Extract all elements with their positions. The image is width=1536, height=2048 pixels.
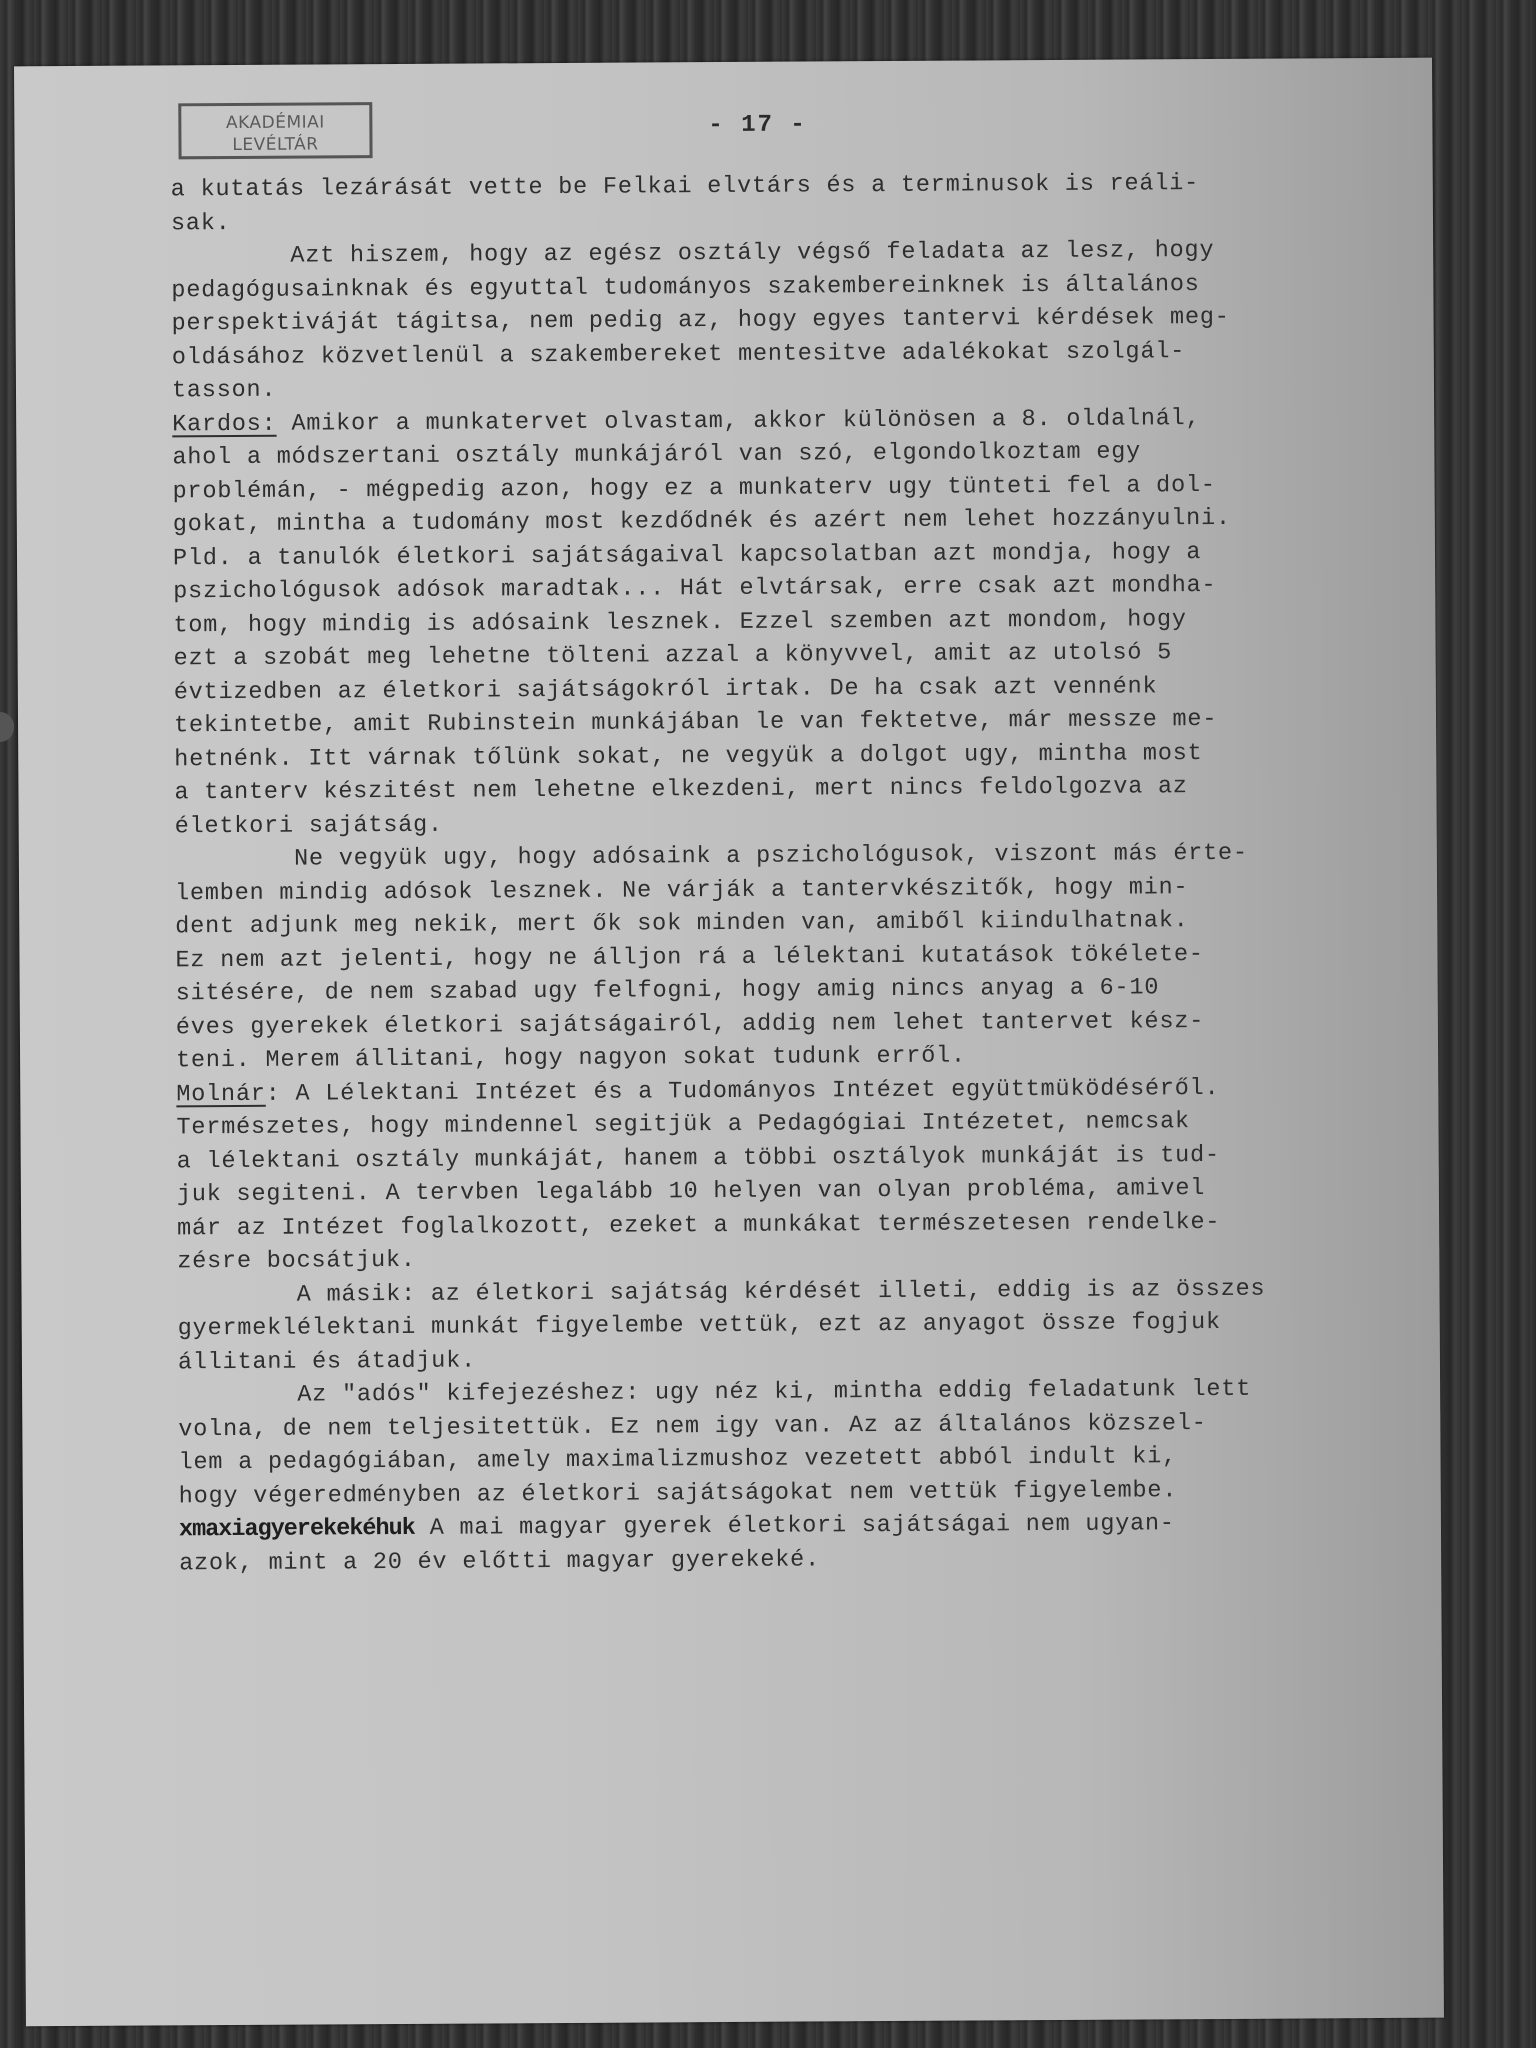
line-text: Azt hiszem, hogy az egész osztály végső … <box>171 237 1214 270</box>
line-text: éves gyerekek életkori sajátságairól, ad… <box>176 1008 1204 1041</box>
line-text: állitani és átadjuk. <box>178 1347 476 1376</box>
line-text: ahol a módszertani osztály munkájáról va… <box>172 438 1141 471</box>
line-text: a lélektani osztály munkáját, hanem a tö… <box>177 1141 1220 1174</box>
line-text: Ne vegyük ugy, hogy adósaink a pszicholó… <box>175 840 1248 874</box>
line-text: tasson. <box>172 377 276 405</box>
overtyped-text: xmaxiagyerekekéhuk <box>179 1515 415 1543</box>
line-text: Amikor a munkatervet olvastam, akkor kül… <box>276 405 1200 438</box>
speaker-name: Kardos: <box>172 410 276 438</box>
line-text: dent adjunk meg nekik, mert ők sok minde… <box>175 907 1189 940</box>
page-number: - 17 - <box>708 111 807 139</box>
line-text: a kutatás lezárását vette be Felkai elvt… <box>171 170 1199 203</box>
line-text: Ez nem azt jelenti, hogy ne álljon rá a … <box>175 941 1203 974</box>
line-text: ezt a szobát meg lehetne tölteni azzal a… <box>174 639 1173 672</box>
line-text: a tanterv készitést nem lehetne elkezden… <box>174 773 1188 806</box>
line-text: Pld. a tanulók életkori sajátságaival ka… <box>173 539 1201 572</box>
line-text: évtizedben az életkori sajátságokról irt… <box>174 673 1158 706</box>
line-text: A mai magyar gyerek életkori sajátságai … <box>415 1510 1175 1542</box>
typewritten-page: AKADÉMIAI LEVÉLTÁR - 17 - a kutatás lezá… <box>14 58 1444 2027</box>
line-text: teni. Merem állitani, hogy nagyon sokat … <box>176 1043 966 1075</box>
line-text: hetnénk. Itt várnak tőlünk sokat, ne veg… <box>174 740 1202 773</box>
line-text: már az Intézet foglalkozott, ezeket a mu… <box>177 1208 1220 1241</box>
line-text: Az "adós" kifejezéshez: ugy néz ki, mint… <box>178 1376 1251 1410</box>
line-text: problémán, - mégpedig azon, hogy ez a mu… <box>173 471 1216 504</box>
speaker-name: Molnár <box>176 1080 266 1108</box>
line-text: lemben mindig adósok lesznek. Ne várják … <box>175 874 1189 907</box>
line-text: oldásához közvetlenül a szakembereket me… <box>172 338 1186 371</box>
line-text: életkori sajátság. <box>175 811 443 840</box>
line-text: : A Lélektani Intézet és a Tudományos In… <box>266 1074 1220 1107</box>
line-text: pedagógusainknak és egyuttal tudományos … <box>171 271 1199 304</box>
line-text: tekintetbe, amit Rubinstein munkájában l… <box>174 706 1217 739</box>
line-text: tom, hogy mindig is adósaink lesznek. Ez… <box>173 606 1187 639</box>
body-text: a kutatás lezárását vette be Felkai elvt… <box>171 166 1440 1581</box>
line-text: perspektiváját tágitsa, nem pedig az, ho… <box>172 304 1230 337</box>
line-text: sak. <box>171 210 231 237</box>
line-text: volna, de nem teljesitettük. Ez nem igy … <box>178 1410 1206 1443</box>
line-text: zésre bocsátjuk. <box>177 1247 416 1275</box>
line-text: pszichológusok adósok maradtak... Hát el… <box>173 572 1216 605</box>
line-text: azok, mint a 20 év előtti magyar gyereke… <box>179 1546 820 1577</box>
line-text: gokat, mintha a tudomány most kezdődnék … <box>173 505 1231 538</box>
line-text: sitésére, de nem szabad ugy felfogni, ho… <box>176 974 1160 1007</box>
line-text: lem a pedagógiában, amely maximalizmusho… <box>178 1443 1177 1476</box>
binder-hole-mark <box>0 712 14 742</box>
line-text: hogy végeredményben az életkori sajátság… <box>179 1477 1178 1510</box>
text-line: azok, mint a 20 év előtti magyar gyereke… <box>179 1539 1439 1580</box>
line-text: juk segiteni. A tervben legalább 10 hely… <box>177 1175 1205 1208</box>
line-text: A másik: az életkori sajátság kérdését i… <box>177 1275 1265 1309</box>
stamp-line: LEVÉLTÁR <box>181 133 369 156</box>
line-text: gyermeklélektani munkát figyelembe vettü… <box>178 1309 1221 1342</box>
archive-stamp: AKADÉMIAI LEVÉLTÁR <box>178 102 372 159</box>
stamp-line: AKADÉMIAI <box>181 111 369 134</box>
line-text: Természetes, hogy mindennel segitjük a P… <box>176 1108 1190 1141</box>
